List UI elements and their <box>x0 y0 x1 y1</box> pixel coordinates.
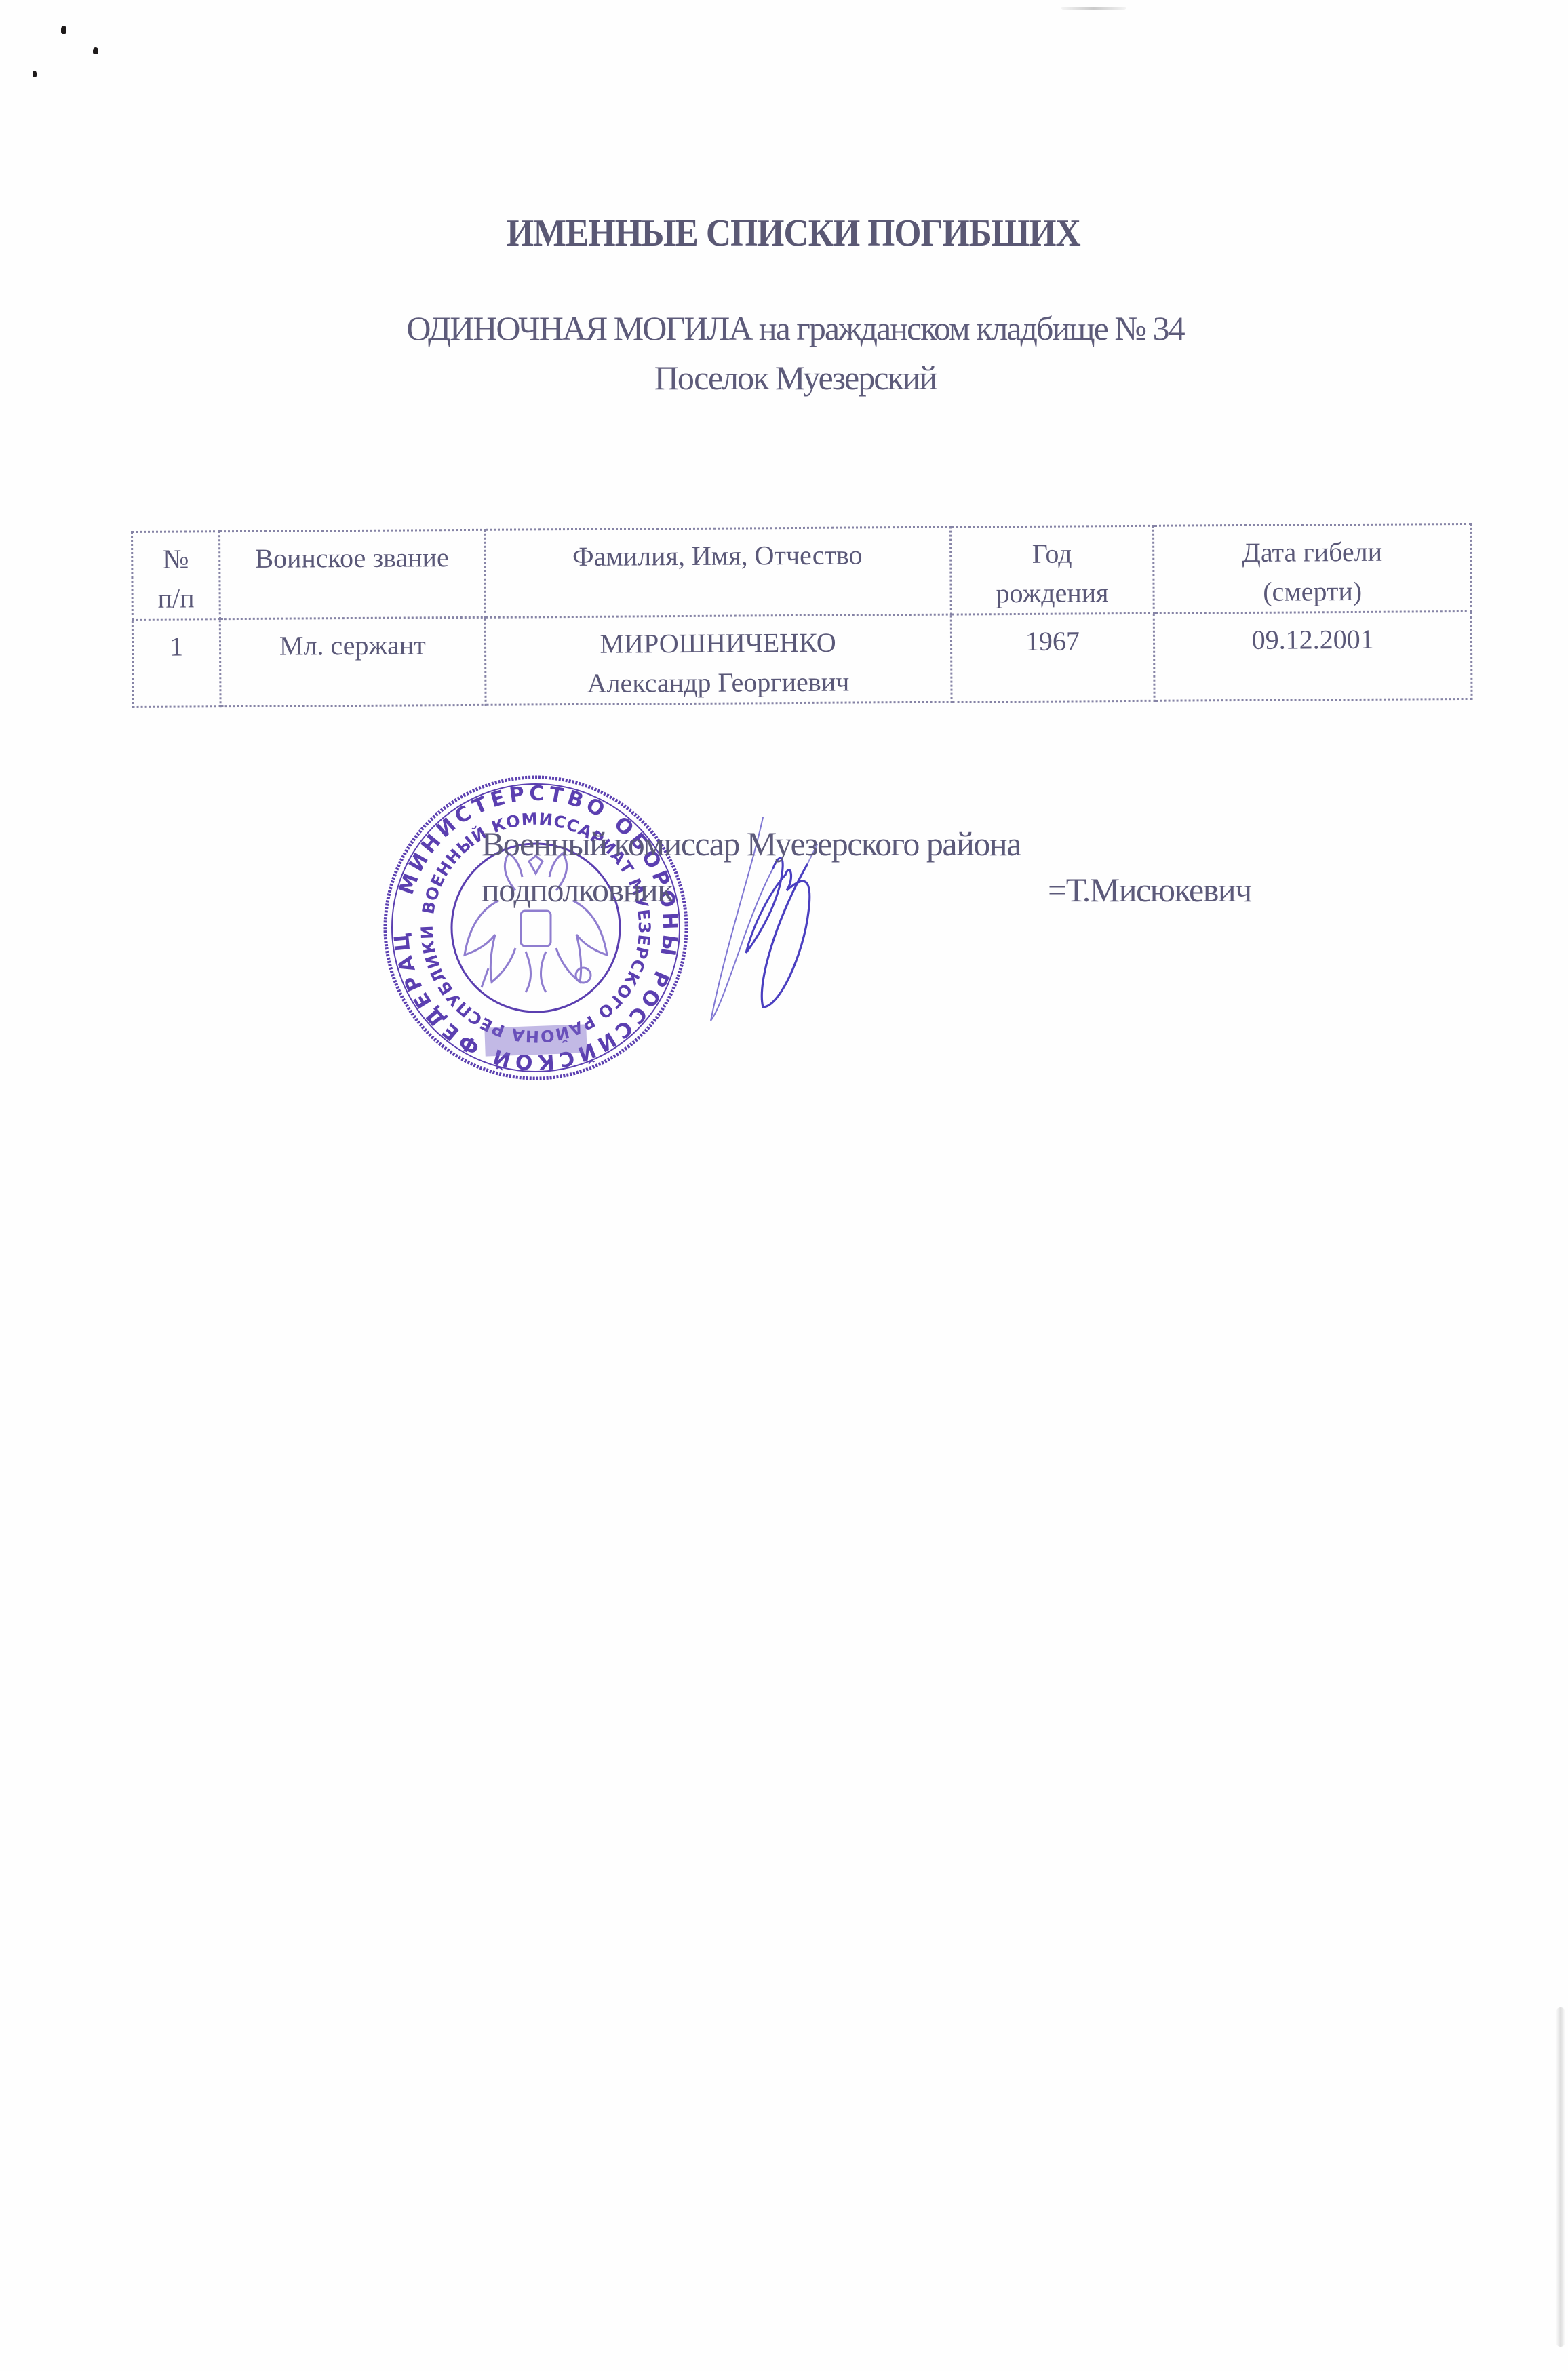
cell-rank: Мл. сержант <box>220 617 485 706</box>
scanned-page: ИМЕННЫЕ СПИСКИ ПОГИБШИХ ОДИНОЧНАЯ МОГИЛА… <box>0 0 1568 2371</box>
grave-type-line: ОДИНОЧНАЯ МОГИЛА на гражданском кладбище… <box>0 309 1568 348</box>
signatory-rank: подполковник <box>482 870 673 909</box>
header-death-date-line1: Дата гибели <box>1158 532 1466 573</box>
header-birth-year: Год рождения <box>950 526 1154 614</box>
header-number: № п/п <box>132 532 220 620</box>
header-death-date-line2: (смерти) <box>1159 571 1466 612</box>
signatory-name: =Т.Мисюкевич <box>1048 870 1251 909</box>
header-death-date: Дата гибели (смерти) <box>1154 524 1472 613</box>
scan-speck <box>93 47 98 54</box>
cell-death-date: 09.12.2001 <box>1154 611 1472 701</box>
table-header-row: № п/п Воинское звание Фамилия, Имя, Отче… <box>132 524 1472 619</box>
cell-full-name: МИРОШНИЧЕНКО Александр Георгиевич <box>485 614 952 705</box>
header-number-line1: № <box>137 539 214 579</box>
casualty-list-table: № п/п Воинское звание Фамилия, Имя, Отче… <box>131 523 1473 708</box>
header-rank-label: Воинское звание <box>224 538 479 579</box>
header-birth-year-line1: Год <box>956 534 1149 574</box>
scan-smudge <box>1061 7 1126 10</box>
cell-birth-year: 1967 <box>951 613 1154 702</box>
scan-speck <box>61 26 66 34</box>
header-number-line2: п/п <box>137 579 214 619</box>
page-edge-shadow <box>1556 2007 1565 2347</box>
header-birth-year-line2: рождения <box>956 573 1149 614</box>
scan-speck <box>33 71 37 77</box>
cell-given-names: Александр Георгиевич <box>490 662 946 704</box>
table-row: 1 Мл. сержант МИРОШНИЧЕНКО Александр Гео… <box>132 611 1472 707</box>
signatory-position: Военный комиссар Муезерского района <box>482 824 1021 863</box>
cell-surname: МИРОШНИЧЕНКО <box>490 623 945 665</box>
header-rank: Воинское звание <box>220 530 485 619</box>
header-full-name: Фамилия, Имя, Отчество <box>484 527 951 617</box>
header-full-name-label: Фамилия, Имя, Отчество <box>490 535 945 577</box>
official-stamp-icon: МИНИСТЕРСТВО ОБОРОНЫ РОССИЙСКОЙ ФЕДЕРАЦИ… <box>380 772 692 1084</box>
cell-number: 1 <box>132 619 220 707</box>
locality-line: Поселок Муезерский <box>0 358 1568 397</box>
document-title: ИМЕННЫЕ СПИСКИ ПОГИБШИХ <box>64 212 1524 255</box>
